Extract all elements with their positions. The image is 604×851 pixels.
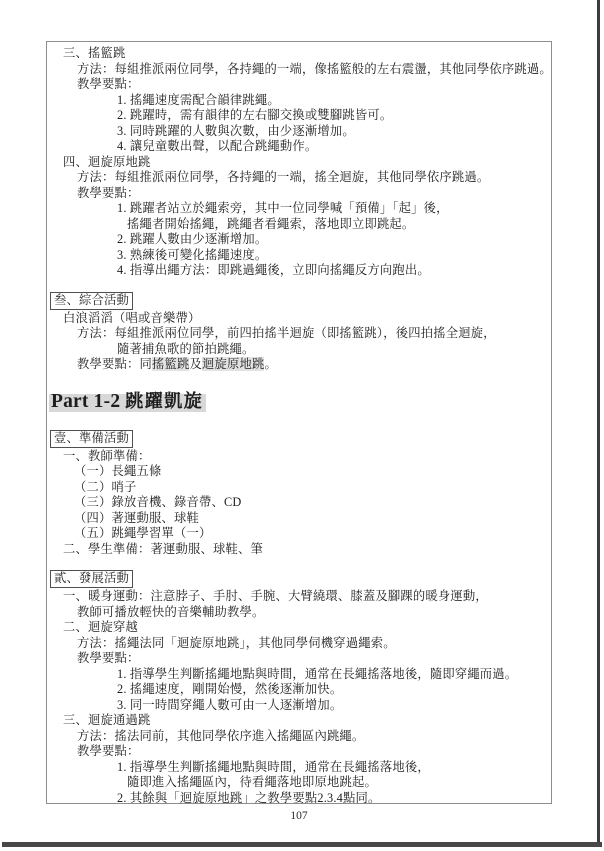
text-line: 方法：搖法同前，其他同學依序進入搖繩區內跳繩。 [47, 729, 551, 745]
text-segment: 。 [264, 357, 277, 371]
text-line: 2. 跳躍時，需有韻律的左右腳交換或雙腳跳皆可。 [47, 108, 551, 124]
text-line: 2. 跳躍人數由少逐漸增加。 [47, 232, 551, 248]
text-line: （四）著運動服、球鞋 [47, 511, 551, 527]
text-line: 1. 指導學生判斷搖繩地點與時間，通常在長繩搖落地後， [47, 760, 551, 776]
text-line: （五）跳繩學習單（一） [47, 526, 551, 542]
text-line: 3. 同時跳躍的人數與次數，由少逐漸增加。 [47, 124, 551, 140]
text-line: 1. 跳躍者站立於繩索旁，其中一位同學喊「預備」「起」後， [47, 201, 551, 217]
text-line: 一、教師準備： [47, 449, 551, 465]
text-line: 二、學生準備：著運動服、球鞋、筆 [47, 542, 551, 558]
blank-line [47, 417, 551, 429]
section-heading-line: 叁、綜合活動 [47, 291, 551, 311]
section-heading-line: 貳、發展活動 [47, 569, 551, 589]
text-line: 三、搖籃跳 [47, 46, 551, 62]
text-line: 3. 熟練後可變化搖繩速度。 [47, 248, 551, 264]
part-heading-highlight: Part 1-2跳躍凱旋 [49, 394, 206, 412]
text-line: 1. 指導學生判斷搖繩地點與時間，通常在長繩搖落地後，隨即穿繩而過。 [47, 667, 551, 683]
text-line: 教學要點： [47, 186, 551, 202]
page-number: 107 [46, 808, 552, 824]
part-heading-number: Part 1-2 [51, 391, 120, 412]
text-line: 2. 其餘與「迴旋原地跳」之教學要點2.3.4點同。 [47, 791, 551, 805]
section-heading-integrated-activity: 叁、綜合活動 [50, 292, 133, 310]
text-line: 教學要點：同搖籃跳及迴旋原地跳。 [47, 357, 551, 373]
text-line: 4. 指導出繩方法：即跳過繩後，立即向搖繩反方向跑出。 [47, 263, 551, 279]
text-line: 教學要點： [47, 744, 551, 760]
text-line: （一）長繩五條 [47, 464, 551, 480]
text-line: （三）錄放音機、錄音帶、CD [47, 495, 551, 511]
section-heading-line: 壹、準備活動 [47, 429, 551, 449]
text-line: 方法：搖繩法同「迴旋原地跳」，其他同學伺機穿過繩索。 [47, 636, 551, 652]
text-line: 隨著捕魚歌的節拍跳繩。 [47, 342, 551, 358]
text-segment: 教學要點：同 [77, 357, 152, 371]
highlighted-term: 迴旋原地跳 [202, 357, 265, 371]
text-line: 方法：每組推派兩位同學，各持繩的一端，像搖籃般的左右震盪，其他同學依序跳過。 [47, 62, 551, 78]
document-body: 三、搖籃跳方法：每組推派兩位同學，各持繩的一端，像搖籃般的左右震盪，其他同學依序… [47, 46, 551, 804]
text-line: （二）哨子 [47, 480, 551, 496]
content-border-box: 三、搖籃跳方法：每組推派兩位同學，各持繩的一端，像搖籃般的左右震盪，其他同學依序… [46, 41, 552, 804]
text-line: 教學要點： [47, 77, 551, 93]
highlighted-term: 搖籃跳 [152, 357, 190, 371]
scan-edge-bottom-line [2, 842, 602, 847]
text-line: 白浪滔滔（唱或音樂帶） [47, 311, 551, 327]
text-line: 三、迴旋通過跳 [47, 713, 551, 729]
part-heading-title: 跳躍凱旋 [125, 391, 203, 411]
text-line: 搖繩者開始搖繩，跳繩者看繩索，落地即立即跳起。 [47, 217, 551, 233]
text-line: 3. 同一時間穿繩人數可由一人逐漸增加。 [47, 698, 551, 714]
text-line: 1. 搖繩速度需配合韻律跳繩。 [47, 93, 551, 109]
part-heading-line: Part 1-2跳躍凱旋 [47, 388, 551, 414]
scan-edge-right-line [597, 0, 600, 847]
blank-line [47, 373, 551, 385]
text-line: 二、迴旋穿越 [47, 620, 551, 636]
text-line: 方法：每組推派兩位同學，各持繩的一端，搖全迴旋，其他同學依序跳過。 [47, 170, 551, 186]
text-line: 方法：每組推派兩位同學，前四拍搖半迴旋（即搖籃跳），後四拍搖全迴旋， [47, 326, 551, 342]
scanned-document-page: 三、搖籃跳方法：每組推派兩位同學，各持繩的一端，像搖籃般的左右震盪，其他同學依序… [0, 0, 604, 851]
section-heading-preparation-activity: 壹、準備活動 [50, 430, 133, 448]
text-line: 教師可播放輕快的音樂輔助教學。 [47, 605, 551, 621]
section-heading-development-activity: 貳、發展活動 [50, 570, 133, 588]
text-line: 一、暖身運動：注意脖子、手肘、手腕、大臂繞環、膝蓋及腳踝的暖身運動， [47, 589, 551, 605]
text-line: 4. 讓兒童數出聲，以配合跳繩動作。 [47, 139, 551, 155]
text-line: 2. 搖繩速度，剛開始慢，然後逐漸加快。 [47, 682, 551, 698]
text-segment: 及 [189, 357, 202, 371]
blank-line [47, 557, 551, 569]
text-line: 教學要點： [47, 651, 551, 667]
text-line: 隨即進入搖繩區內，待看繩落地即原地跳起。 [47, 775, 551, 791]
blank-line [47, 279, 551, 291]
text-line: 四、迴旋原地跳 [47, 155, 551, 171]
